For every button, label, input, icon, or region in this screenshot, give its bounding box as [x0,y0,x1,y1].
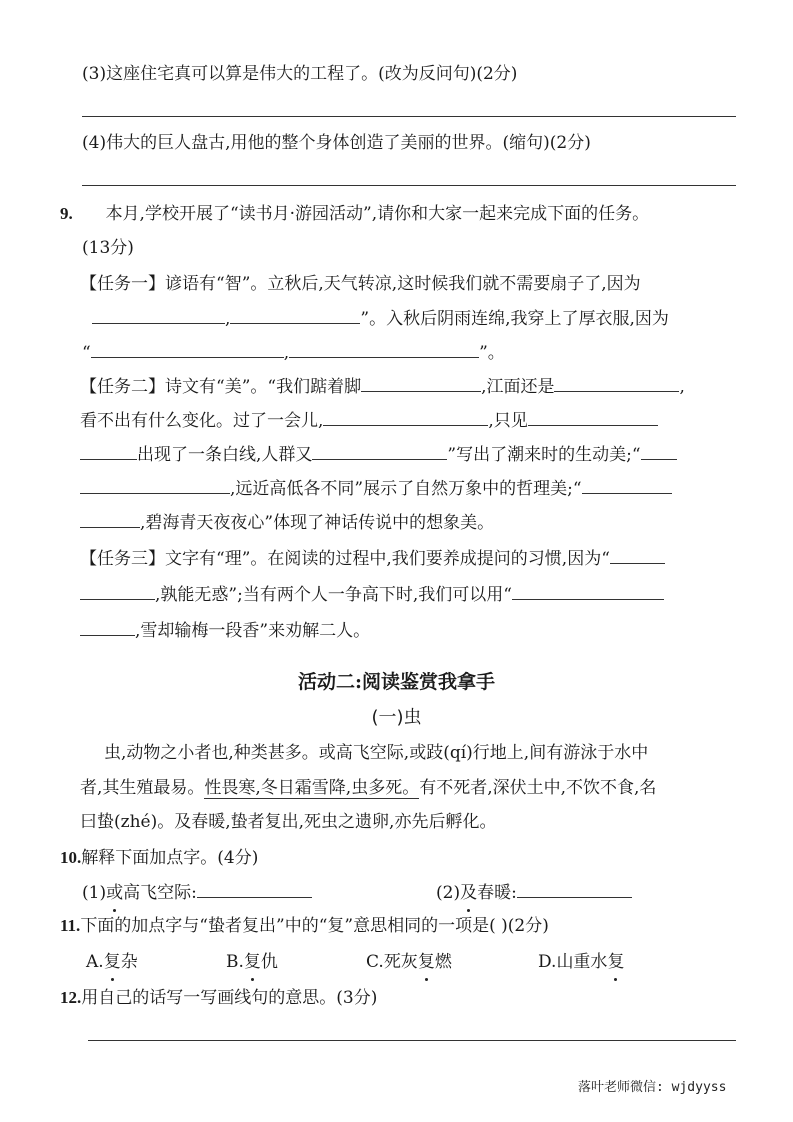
task2-blank-1[interactable] [361,374,481,392]
q12-answer-line[interactable] [88,1040,736,1041]
q10-sub2-blank[interactable] [517,880,632,898]
q9-task1-line2: ,”。入秋后阴雨连绵,我穿上了厚衣服,因为 [92,306,669,331]
task2-blank-6[interactable] [312,442,447,460]
q8-sub4-answer-line[interactable] [82,185,736,186]
task1-blank-2[interactable] [230,306,360,324]
task2-blank-8a[interactable] [582,476,672,494]
q9-task2-line1: 【任务二】诗文有“美”。“我们踮着脚,江面还是, [80,374,685,399]
q8-sub3-text: (3)这座住宅真可以算是伟大的工程了。(改为反问句)(2分) [82,62,517,86]
q11-option-b[interactable]: B.复仇 [226,950,278,974]
task1-blank-1[interactable] [92,306,225,324]
task1-blank-3[interactable] [91,340,284,358]
q9-task2-line4: ,远近高低各不同”展示了自然万象中的哲理美;“ [80,476,672,501]
task1-line2-end: ”。入秋后阴雨连绵,我穿上了厚衣服,因为 [360,309,669,329]
q9-intro-line: 9. 本月,学校开展了“读书月·游园活动”,请你和大家一起来完成下面的任务。 [60,202,649,226]
q9-task2-line2: 看不出有什么变化。过了一会儿,,只见 [80,408,658,433]
q10-number: 10. [60,848,81,867]
task2-blank-3[interactable] [323,408,488,426]
q9-task2-line3: 出现了一条白线,人群又”写出了潮来时的生动美;“ [80,442,677,467]
q10-sub1: (1)或高飞空际: [82,880,312,905]
q9-task3-line2: ,孰能无惑”;当有两个人一争高下时,我们可以用“ [80,582,664,607]
q11-option-a[interactable]: A.复杂 [86,950,138,974]
dotted-char: 复 [244,950,261,974]
q12-number: 12. [60,988,81,1007]
dotted-char: 复 [418,950,435,974]
footer-contact: 落叶老师微信: wjdyyss [578,1076,726,1095]
dotted-char: 复 [104,950,121,974]
q10-question: 10.解释下面加点字。(4分) [60,846,258,870]
q8-sub4-text: (4)伟大的巨人盘古,用他的整个身体创造了美丽的世界。(缩句)(2分) [82,131,591,155]
q10-sub1-blank[interactable] [197,880,312,898]
q11-option-d[interactable]: D.山重水复 [538,950,624,974]
task2-blank-2[interactable] [554,374,679,392]
q9-task2-line5: ,碧海青天夜夜心”体现了神话传说中的想象美。 [80,510,494,535]
dotted-char: 及 [460,881,477,905]
task1-blank-4[interactable] [289,340,479,358]
q9-task1-line1: 【任务一】谚语有“智”。立秋后,天气转凉,这时候我们就不需要扇子了,因为 [80,272,641,296]
dotted-char: 或 [106,881,123,905]
q11-question: 11.下面的加点字与“蛰者复出”中的“复”意思相同的一项是( )(2分) [60,914,549,938]
task3-blank-2a[interactable] [512,582,664,600]
q9-intro: 本月,学校开展了“读书月·游园活动”,请你和大家一起来完成下面的任务。 [106,204,650,224]
q11-number: 11. [60,916,80,935]
q9-number: 9. [60,204,73,223]
task2-blank-5[interactable] [80,442,137,460]
q10-sub2: (2)及春暖: [436,880,632,905]
task2-blank-4[interactable] [528,408,658,426]
dotted-char: 复 [607,950,624,974]
section-subtitle: (一)虫 [0,706,793,730]
task2-blank-8b[interactable] [80,510,140,528]
q11-option-c[interactable]: C.死灰复燃 [366,950,452,974]
passage-line3: 曰蛰(zhé)。及春暖,蛰者复出,死虫之遗卵,亦先后孵化。 [80,810,496,834]
task2-blank-7a[interactable] [641,442,677,460]
q9-task1-line3: “,”。 [82,340,505,365]
task3-blank-1a[interactable] [610,546,665,564]
q9-score: (13分) [82,236,134,260]
q8-sub3-answer-line[interactable] [82,116,736,117]
q9-task3-line1: 【任务三】文字有“理”。在阅读的过程中,我们要养成提问的习惯,因为“ [80,546,665,571]
passage-line2: 者,其生殖最易。性畏寒,冬日霜雪降,虫多死。有不死者,深伏土中,不饮不食,名 [80,776,656,800]
task2-blank-7b[interactable] [80,476,230,494]
underlined-sentence: 性畏寒,冬日霜雪降,虫多死。 [204,778,419,799]
task3-blank-1b[interactable] [80,582,155,600]
q9-task3-line3: ,雪却输梅一段香”来劝解二人。 [80,618,370,643]
section-title: 活动二:阅读鉴赏我拿手 [0,670,793,694]
q12-question: 12.用自己的话写一写画线句的意思。(3分) [60,986,377,1010]
task3-blank-2b[interactable] [80,618,135,636]
passage-line1: 虫,动物之小者也,种类甚多。或高飞空际,或跂(qí)行地上,间有游泳于水中 [104,741,648,765]
